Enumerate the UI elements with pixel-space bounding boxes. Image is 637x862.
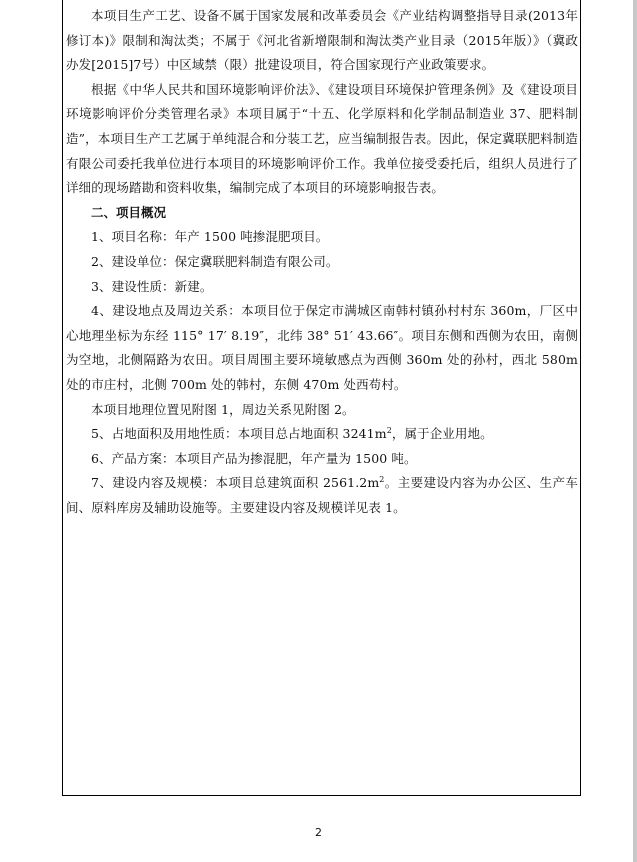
item-location-figures: 本项目地理位置见附图 1，周边关系见附图 2。 xyxy=(66,398,578,423)
paragraph-industry-policy: 本项目生产工艺、设备不属于国家发展和改革委员会《产业结构调整指导目录(2013年… xyxy=(66,4,578,78)
item-construction-nature: 3、建设性质：新建。 xyxy=(66,275,578,300)
paragraph-eia-basis: 根据《中华人民共和国环境影响评价法》、《建设项目环境保护管理条例》及《建设项目环… xyxy=(66,78,578,201)
item-construction-unit: 2、建设单位：保定冀联肥料制造有限公司。 xyxy=(66,250,578,275)
item-product-plan: 6、产品方案：本项目产品为掺混肥，年产量为 1500 吨。 xyxy=(66,447,578,472)
document-body: 本项目生产工艺、设备不属于国家发展和改革委员会《产业结构调整指导目录(2013年… xyxy=(66,4,578,520)
item-land-area: 5、占地面积及用地性质：本项目总占地面积 3241m2，属于企业用地。 xyxy=(66,422,578,447)
item-project-name: 1、项目名称：年产 1500 吨掺混肥项目。 xyxy=(66,225,578,250)
item-construction-scale: 7、建设内容及规模：本项目总建筑面积 2561.2m2。主要建设内容为办公区、生… xyxy=(66,471,578,520)
item-location: 4、建设地点及周边关系：本项目位于保定市满城区南韩村镇孙村村东 360m，厂区中… xyxy=(66,299,578,397)
vertical-scrollbar[interactable] xyxy=(633,0,637,862)
page-number: 2 xyxy=(0,826,637,839)
section-heading-project-overview: 二、项目概况 xyxy=(66,201,578,226)
